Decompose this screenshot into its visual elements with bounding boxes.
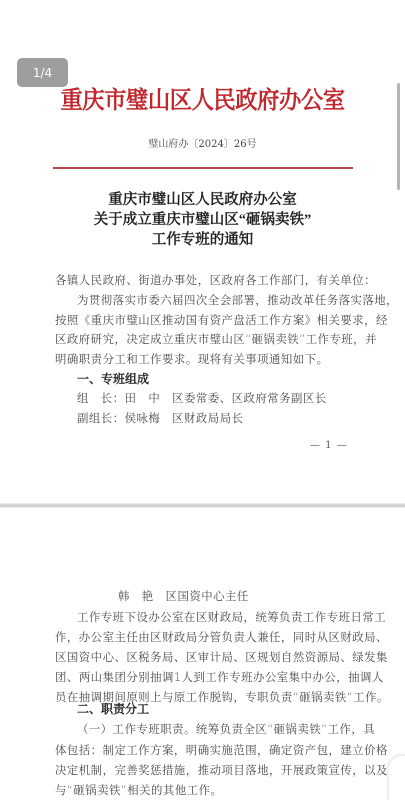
issuing-org-title: 重庆市璧山区人民政府办公室 — [14, 80, 391, 115]
floating-button-edge[interactable] — [388, 755, 405, 800]
document-number: 璧山府办〔2024〕26号 — [0, 135, 405, 150]
red-divider-rule — [53, 167, 353, 169]
paragraph-line: 为贯彻落实市委六届四次全会部署，推动改革任务落实落地， — [77, 292, 377, 308]
vertical-scrollbar-thumb[interactable] — [397, 83, 400, 190]
paragraph-line: 与“砸锅卖铁”相关的其他工作。 — [55, 782, 355, 798]
paragraph-line: 决定机制，完善奖惩措施，推动项目落地，开展政策宣传，以及 — [55, 762, 355, 778]
member-line-leader: 组 长：田 中 区委常委、区政府常务副区长 — [77, 390, 377, 406]
document-page-2: 韩 艳 区国资中心主任 工作专班下设办公室在区财政局，统筹负责工作专班日常工 作… — [0, 508, 405, 800]
paragraph-line: （一）工作专班职责。统筹负责全区“砸锅卖铁”工作，具 — [77, 721, 377, 737]
member-line-deputy: 副组长：侯咏梅 区财政局局长 — [77, 410, 377, 426]
member-line-member: 韩 艳 区国资中心主任 — [118, 588, 405, 604]
page-indicator-badge: 1/4 — [17, 58, 68, 87]
paragraph-line: 区政府研究，决定成立重庆市璧山区“砸锅卖铁”工作专班，并 — [55, 331, 355, 347]
notice-heading-line-1: 重庆市璧山区人民政府办公室 — [0, 188, 405, 209]
section-heading-duties: 二、职责分工 — [77, 700, 149, 717]
paragraph-line: 区国资中心、区税务局、区审计局、区规划自然资源局、绿发集 — [55, 649, 355, 665]
paragraph-line: 按照《重庆市璧山区推动国有资产盘活工作方案》相关要求，经 — [55, 312, 355, 328]
paragraph-line: 工作专班下设办公室在区财政局，统筹负责工作专班日常工 — [77, 609, 377, 625]
section-heading-composition: 一、专班组成 — [77, 370, 149, 387]
notice-heading-line-2: 关于成立重庆市璧山区“砸锅卖铁” — [0, 208, 405, 229]
paragraph-line: 明确职责分工和工作要求。现将有关事项通知如下。 — [55, 351, 355, 367]
addressee-line: 各镇人民政府、街道办事处，区政府各工作部门，有关单位： — [55, 272, 355, 288]
paragraph-line: 作，办公室主任由区财政局分管负责人兼任，同时从区财政局、 — [55, 629, 355, 645]
page-number: — 1 — — [310, 440, 348, 451]
notice-heading-line-3: 工作专班的通知 — [0, 228, 405, 249]
document-viewer[interactable]: 重庆市璧山区人民政府办公室 璧山府办〔2024〕26号 重庆市璧山区人民政府办公… — [0, 0, 405, 800]
paragraph-line: 团、两山集团分别抽调1人到工作专班办公室集中办公，抽调人 — [55, 669, 355, 685]
paragraph-line: 体包括：制定工作方案，明确实施范围，确定资产包，建立价格 — [55, 742, 355, 758]
